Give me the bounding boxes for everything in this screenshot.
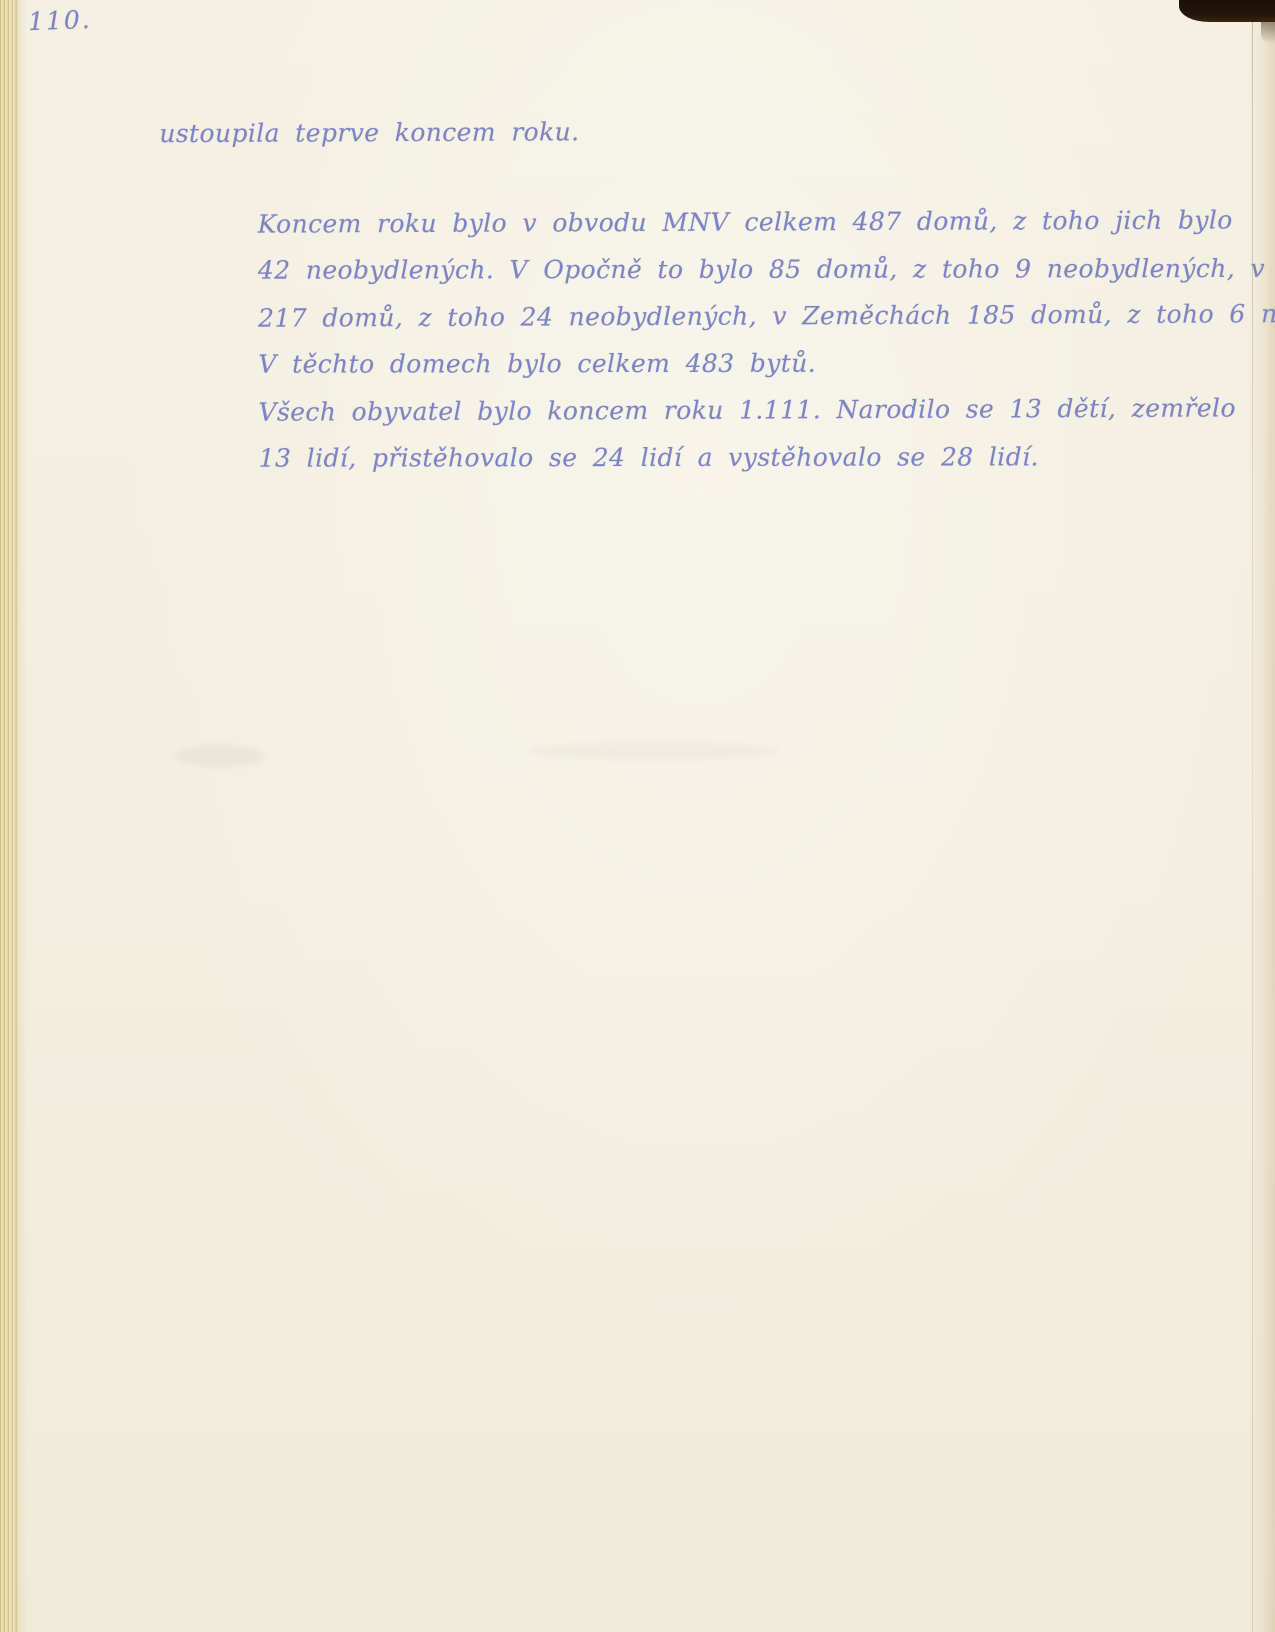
ink-bleed-smudge [175,745,265,767]
page-edge-left-fade [14,0,28,1632]
handwritten-line: 13 lidí, přistěhovalo se 24 lidí a vystě… [161,433,1116,482]
paragraph-1: ustoupila teprve koncem roku. [159,106,1114,157]
paragraph-3: Všech obyvatel bylo koncem roku 1.111. N… [160,385,1115,483]
handwritten-line: V těchto domech bylo celkem 483 bytů. [160,339,1115,388]
handwritten-line: 42 neobydlených. V Opočně to bylo 85 dom… [160,245,1115,294]
handwritten-line: 217 domů, z toho 24 neobydlených, v Země… [160,291,1115,342]
handwritten-line: Všech obyvatel bylo koncem roku 1.111. N… [160,385,1115,436]
book-binding-corner-shadow [1261,18,1275,44]
handwritten-line: ustoupila teprve koncem roku. [159,106,1114,157]
paragraph-2: Koncem roku bylo v obvodu MNV celkem 487… [160,197,1116,389]
page-number: 110. [28,5,93,36]
handwritten-line: Koncem roku bylo v obvodu MNV celkem 487… [160,197,1115,248]
scanned-page: 110. ustoupila teprve koncem roku. Konce… [0,0,1275,1632]
ink-bleed-smudge [530,742,780,760]
handwritten-text: ustoupila teprve koncem roku. Koncem rok… [159,106,1116,483]
